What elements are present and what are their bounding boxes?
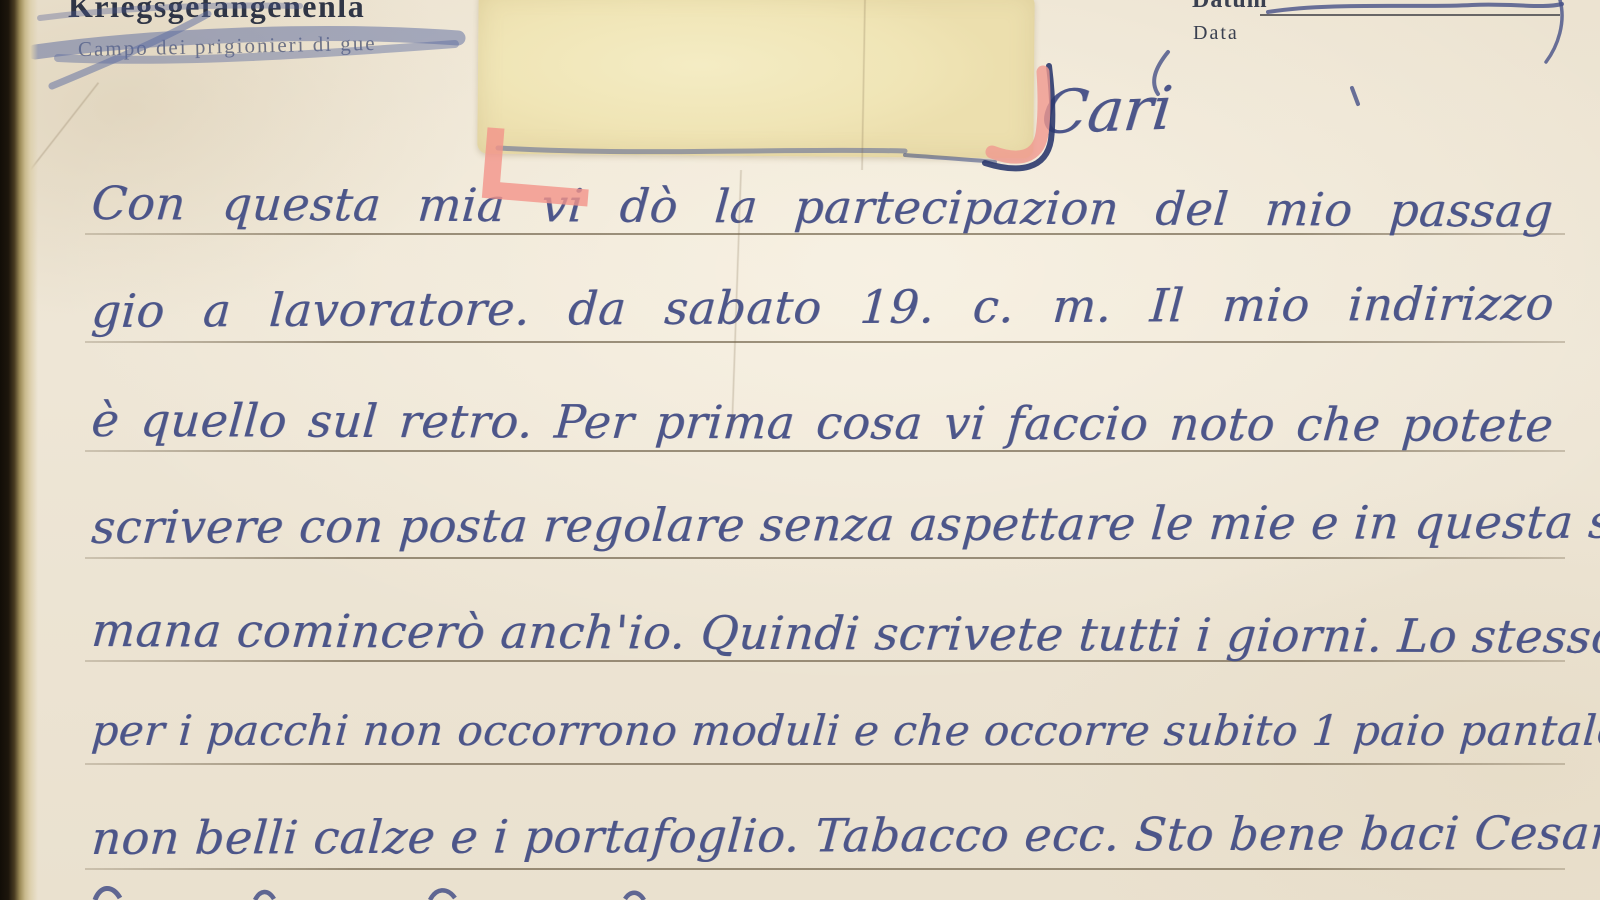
handwritten-date-scribble	[1546, 0, 1562, 62]
handwritten-line: scrivere con posta regolare senza aspett…	[90, 499, 1555, 550]
printed-german-heading: Kriegsgefangenenla	[68, 0, 528, 25]
paper-left-edge	[0, 0, 38, 900]
partial-next-line-stroke	[625, 893, 644, 900]
letter-scan: { "letter": { "printed": { "german_headi…	[0, 0, 1600, 900]
handwritten-line: è quello sul retro. Per prima cosa vi fa…	[90, 397, 1555, 448]
handwritten-salutation: Cari	[1038, 74, 1176, 148]
handwritten-line: non belli calze e i portafoglio. Tabacco…	[90, 810, 1555, 861]
handwritten-line: Con questa mia vi dò la partecipazion de…	[90, 180, 1555, 234]
printed-italian-heading: Campo dei prigionieri di gue	[78, 31, 377, 62]
ruled-line	[85, 868, 1565, 870]
partial-next-line-stroke	[95, 888, 120, 900]
ruled-line	[85, 763, 1565, 765]
data-label: Data	[1193, 22, 1239, 45]
partial-next-line-stroke	[430, 890, 455, 900]
datum-label: Datum	[1192, 0, 1268, 14]
handwritten-line: per i pacchi non occorrono moduli e che …	[90, 710, 1555, 752]
ruled-line	[85, 341, 1565, 343]
ruled-line	[85, 557, 1565, 559]
handwritten-line: gio a lavoratore. da sabato 19. c. m. Il…	[90, 280, 1555, 334]
censor-patch	[477, 0, 1034, 158]
date-rule-line	[1260, 14, 1560, 16]
stray-ink-mark	[1352, 88, 1358, 104]
partial-next-line-stroke	[255, 892, 274, 900]
handwritten-date-scribble	[1268, 4, 1562, 12]
handwritten-line: mana comincerò anch'io. Quindi scrivete …	[90, 607, 1555, 659]
